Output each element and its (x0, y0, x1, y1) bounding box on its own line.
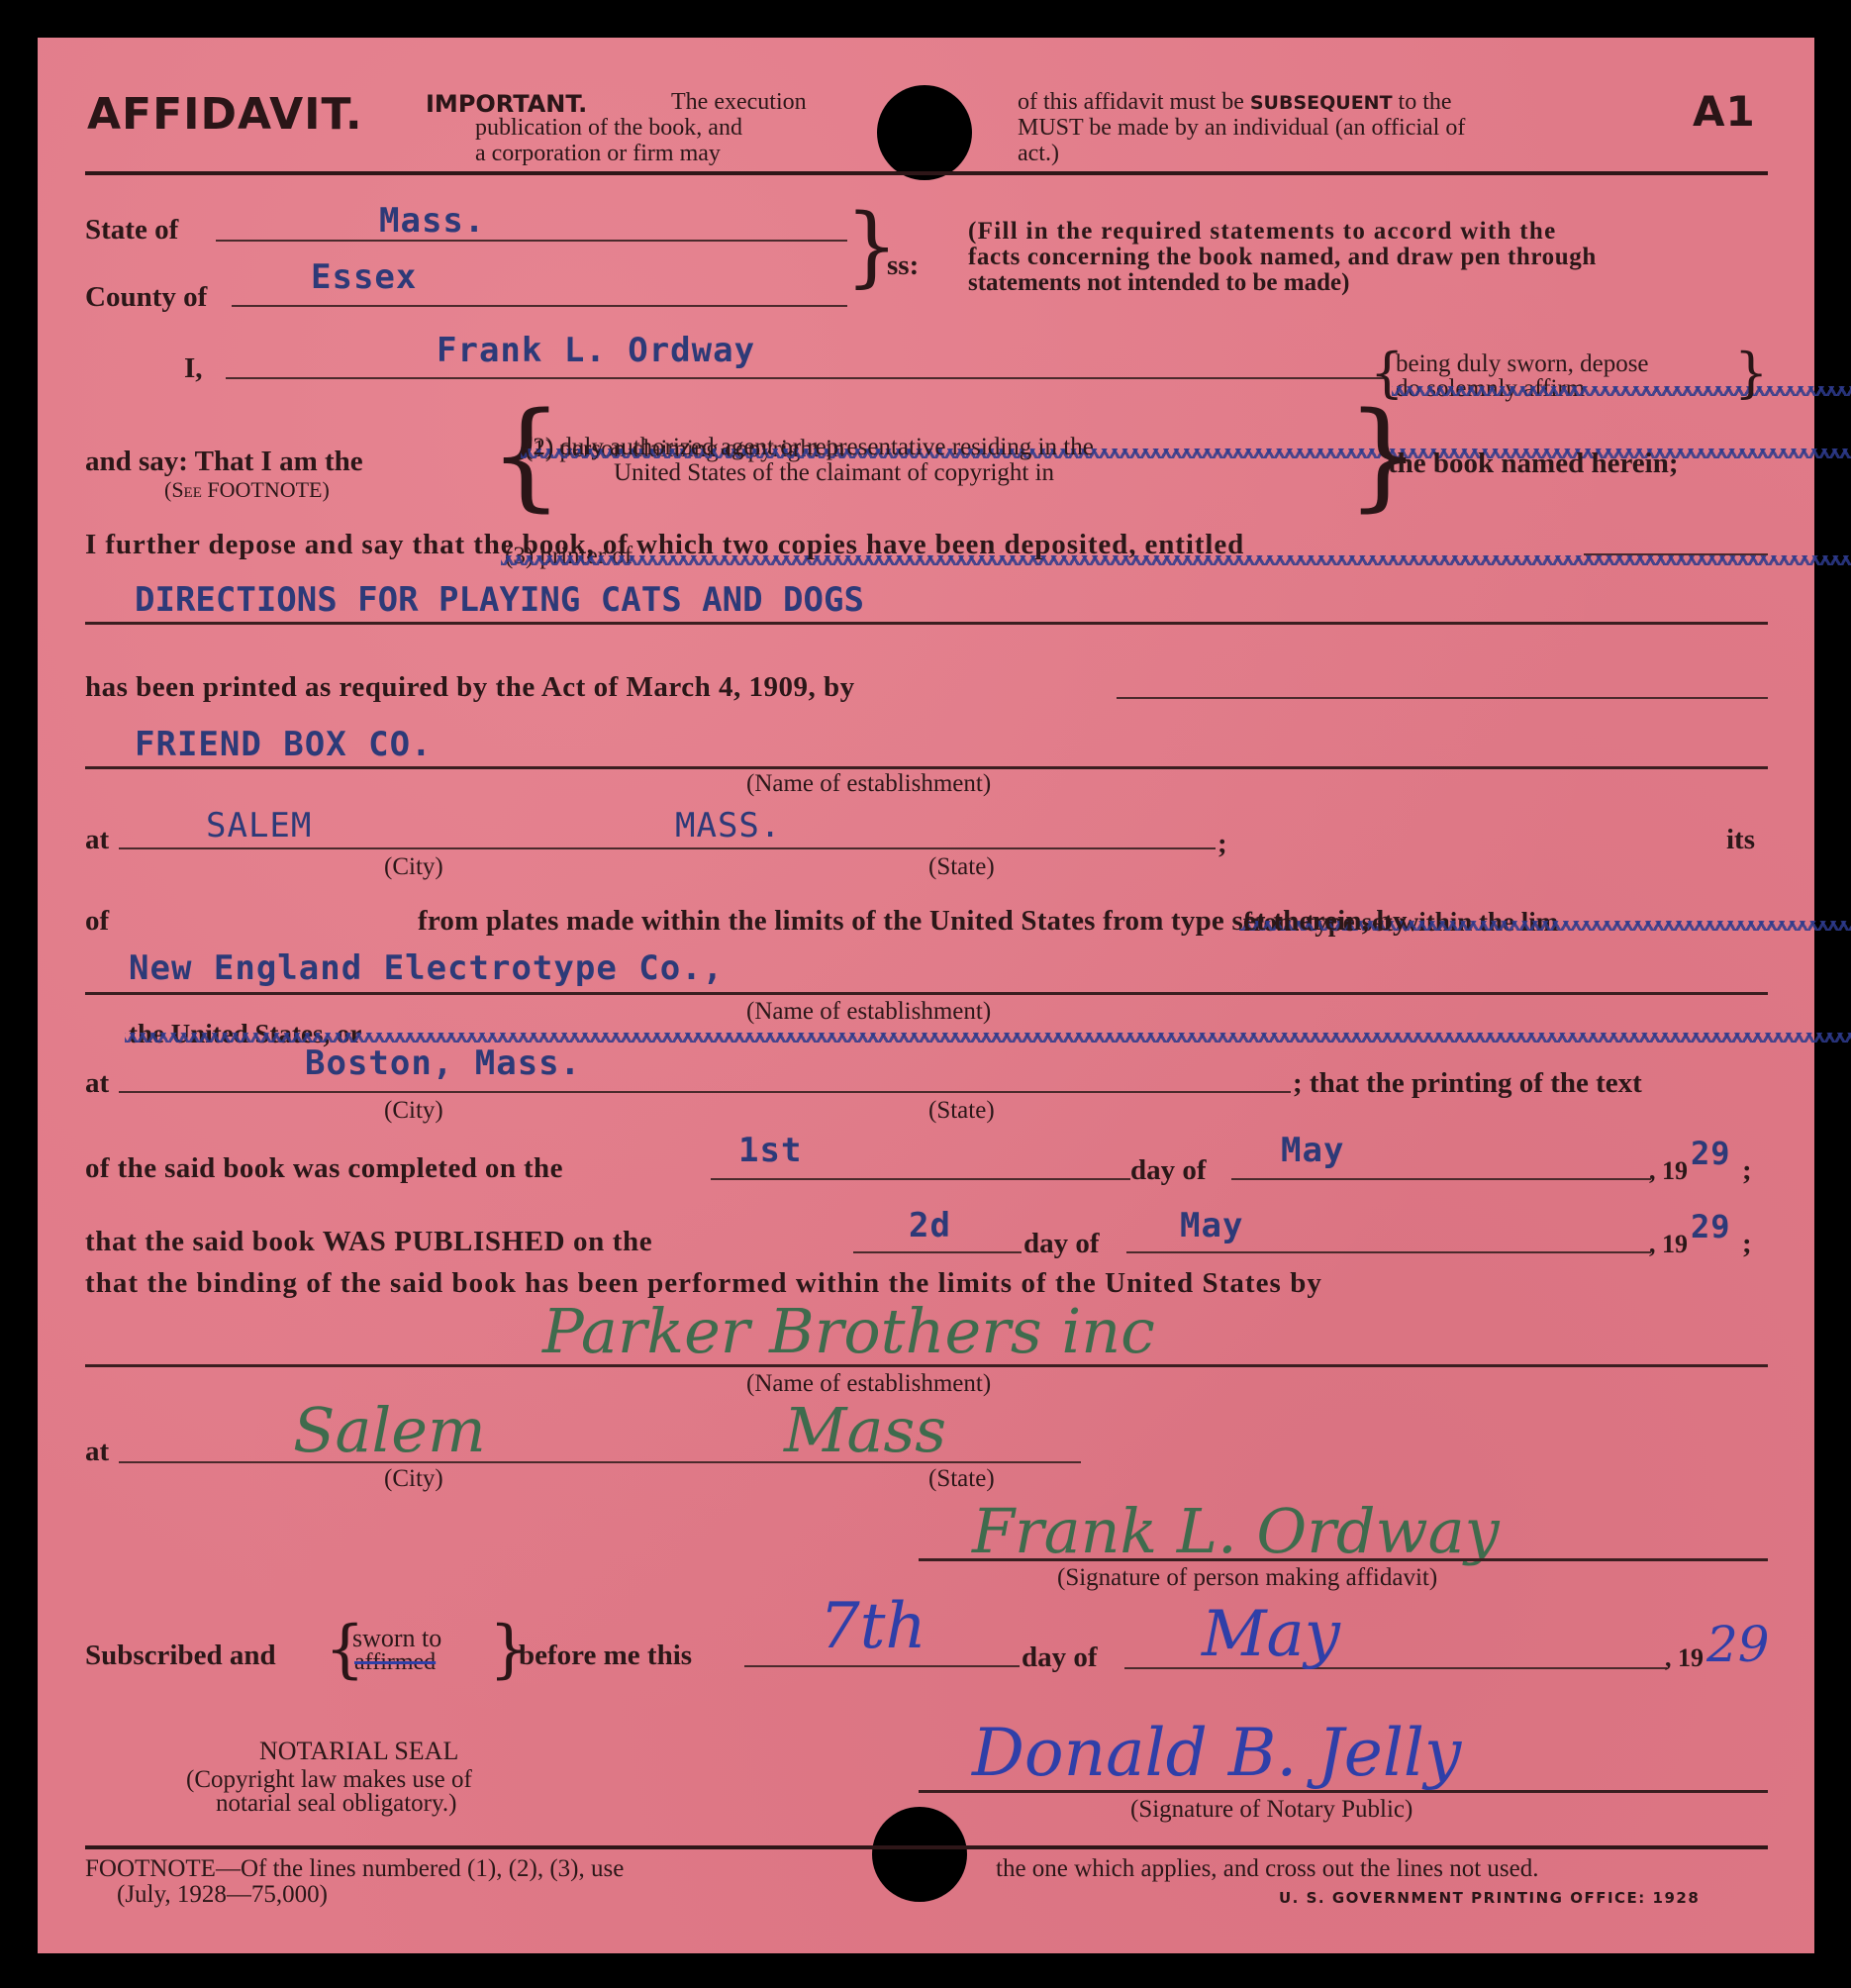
binder-state: Mass (784, 1394, 946, 1466)
affiant-line (226, 377, 1384, 379)
published-day: 2d (909, 1206, 951, 1245)
punch-hole-top (877, 85, 972, 180)
binder-line (85, 1364, 1768, 1367)
printer-name: FRIEND BOX CO. (135, 725, 433, 764)
oath-sworn: being duly sworn, depose (1396, 350, 1649, 378)
plates-state-caption: (State) (928, 1097, 995, 1125)
printer-at-label: at (85, 824, 109, 856)
printing-tail: ; that the printing of the text (1293, 1067, 1642, 1100)
published-year: 29 (1691, 1208, 1731, 1245)
state-value: Mass. (379, 201, 485, 241)
binder-city-caption: (City) (384, 1465, 443, 1493)
notary-day-line (744, 1665, 1020, 1667)
county-line (232, 305, 847, 307)
important-left-3: a corporation or firm may (475, 141, 721, 167)
notarial-seal-note-2: notarial seal obligatory.) (216, 1790, 456, 1818)
binder-city: Salem (293, 1394, 486, 1466)
completed-month: May (1281, 1131, 1344, 1170)
book-named-label: the book named herein; (1388, 447, 1679, 480)
footnote-left: FOOTNOTE—Of the lines numbered (1), (2),… (85, 1855, 624, 1883)
published-month: May (1180, 1206, 1243, 1245)
printer-state-caption: (State) (928, 853, 995, 881)
header-rule (85, 171, 1768, 175)
affidavit-form: AFFIDAVIT. IMPORTANT. The execution publ… (38, 38, 1814, 1953)
printer-line (85, 766, 1768, 769)
see-footnote: (See FOOTNOTE) (164, 477, 330, 503)
book-intro: I further depose and say that the book, … (85, 529, 1244, 561)
important-left-2: publication of the book, and (475, 115, 742, 142)
state-label: State of (85, 214, 178, 247)
ss-label: ss: (887, 249, 919, 282)
affiant-prefix: I, (184, 352, 203, 385)
of-label: of (85, 905, 109, 938)
book-title-line (85, 622, 1768, 625)
published-month-line (1126, 1251, 1651, 1253)
affiant-signature: Frank L. Ordway (972, 1495, 1500, 1567)
option-2-line-2: United States of the claimant of copyrig… (614, 459, 1054, 487)
plates-maker: New England Electrotype Co., (129, 948, 724, 988)
oath-brace-right: } (1734, 347, 1768, 400)
county-label: County of (85, 281, 207, 314)
printer-city: SALEM (206, 806, 312, 845)
printing-intro: has been printed as required by the Act … (85, 671, 855, 704)
instructions-3: statements not intended to be made) (968, 269, 1349, 297)
plates-maker-line (85, 992, 1768, 995)
important-right-3: act.) (1018, 141, 1059, 167)
notary-day: 7th (820, 1590, 926, 1663)
completed-day: 1st (738, 1131, 802, 1170)
oath-affirm-struck: do solemnly affirm (1396, 375, 1851, 403)
important-left-1: The execution (671, 89, 807, 116)
completed-month-line (1231, 1178, 1651, 1180)
notary-month: May (1202, 1598, 1340, 1671)
county-value: Essex (311, 257, 417, 297)
before-me-label: before me this (519, 1640, 692, 1672)
book-intro-line (1584, 553, 1768, 555)
completed-year: 29 (1691, 1135, 1731, 1172)
completed-day-line (711, 1178, 1130, 1180)
completed-semicolon: ; (1742, 1154, 1752, 1187)
printer-location-line (119, 847, 1216, 849)
published-day-line (853, 1251, 1022, 1253)
plates-text: from plates made within the limits of th… (418, 905, 1408, 938)
instructions-2: facts concerning the book named, and dra… (968, 244, 1597, 271)
published-semicolon: ; (1742, 1228, 1752, 1260)
printer-semicolon: ; (1218, 828, 1227, 860)
notary-year: 29 (1706, 1616, 1770, 1673)
plates-at-label: at (85, 1067, 109, 1100)
state-line (216, 240, 847, 242)
printer-state: MASS. (675, 806, 781, 845)
affiant-signature-caption: (Signature of person making affidavit) (1057, 1564, 1437, 1592)
plates-location-line (119, 1091, 1291, 1093)
form-code: A1 (1693, 87, 1756, 136)
published-year-prefix: , 19 (1649, 1230, 1688, 1259)
plates-city: Boston, Mass. (305, 1044, 581, 1083)
notary-signature-line (919, 1790, 1768, 1793)
important-right-2: MUST be made by an individual (an offici… (1018, 115, 1465, 142)
published-day-of: day of (1023, 1228, 1100, 1260)
plates-city-caption: (City) (384, 1097, 443, 1125)
affirmed-struck: affirmed (354, 1649, 436, 1676)
printer-establishment-caption: (Name of establishment) (746, 770, 991, 798)
form-title: AFFIDAVIT. (87, 89, 363, 140)
binder-state-caption: (State) (928, 1465, 995, 1493)
punch-hole-bottom (872, 1807, 967, 1902)
and-say-label: and say: That I am the (85, 446, 363, 478)
subscribed-label: Subscribed and (85, 1640, 276, 1672)
affiant-signature-line (919, 1558, 1768, 1561)
footer-rule (85, 1845, 1768, 1849)
instructions-1: (Fill in the required statements to acco… (968, 218, 1556, 246)
completed-year-prefix: , 19 (1649, 1156, 1688, 1186)
notary-year-prefix: , 19 (1665, 1643, 1704, 1673)
printer-city-caption: (City) (384, 853, 443, 881)
book-title: DIRECTIONS FOR PLAYING CATS AND DOGS (135, 580, 864, 620)
completed-day-of: day of (1130, 1154, 1207, 1187)
published-intro: that the said book WAS PUBLISHED on the (85, 1226, 652, 1258)
notary-day-of: day of (1022, 1641, 1098, 1674)
footnote-right: the one which applies, and cross out the… (996, 1855, 1539, 1883)
binder-at-label: at (85, 1436, 109, 1468)
notarial-seal-title: NOTARIAL SEAL (259, 1737, 458, 1766)
binder-name: Parker Brothers inc (542, 1295, 1155, 1367)
footer-printer: U. S. GOVERNMENT PRINTING OFFICE: 1928 (1279, 1889, 1700, 1907)
plates-establishment-caption: (Name of establishment) (746, 998, 991, 1026)
notary-signature-caption: (Signature of Notary Public) (1130, 1796, 1413, 1824)
important-label: IMPORTANT. (426, 90, 587, 118)
printing-intro-line (1117, 697, 1768, 699)
footer-edition: (July, 1928—75,000) (117, 1881, 328, 1909)
affiant-name: Frank L. Ordway (437, 331, 755, 370)
from-type-tail: its (1726, 824, 1755, 856)
notary-signature: Donald B. Jelly (972, 1715, 1461, 1791)
important-right-1: of this affidavit must be SUBSEQUENT to … (1018, 89, 1452, 116)
completed-intro: of the said book was completed on the (85, 1152, 563, 1185)
option-2-line-1: (2) duly authorized agent or representat… (525, 434, 1094, 461)
